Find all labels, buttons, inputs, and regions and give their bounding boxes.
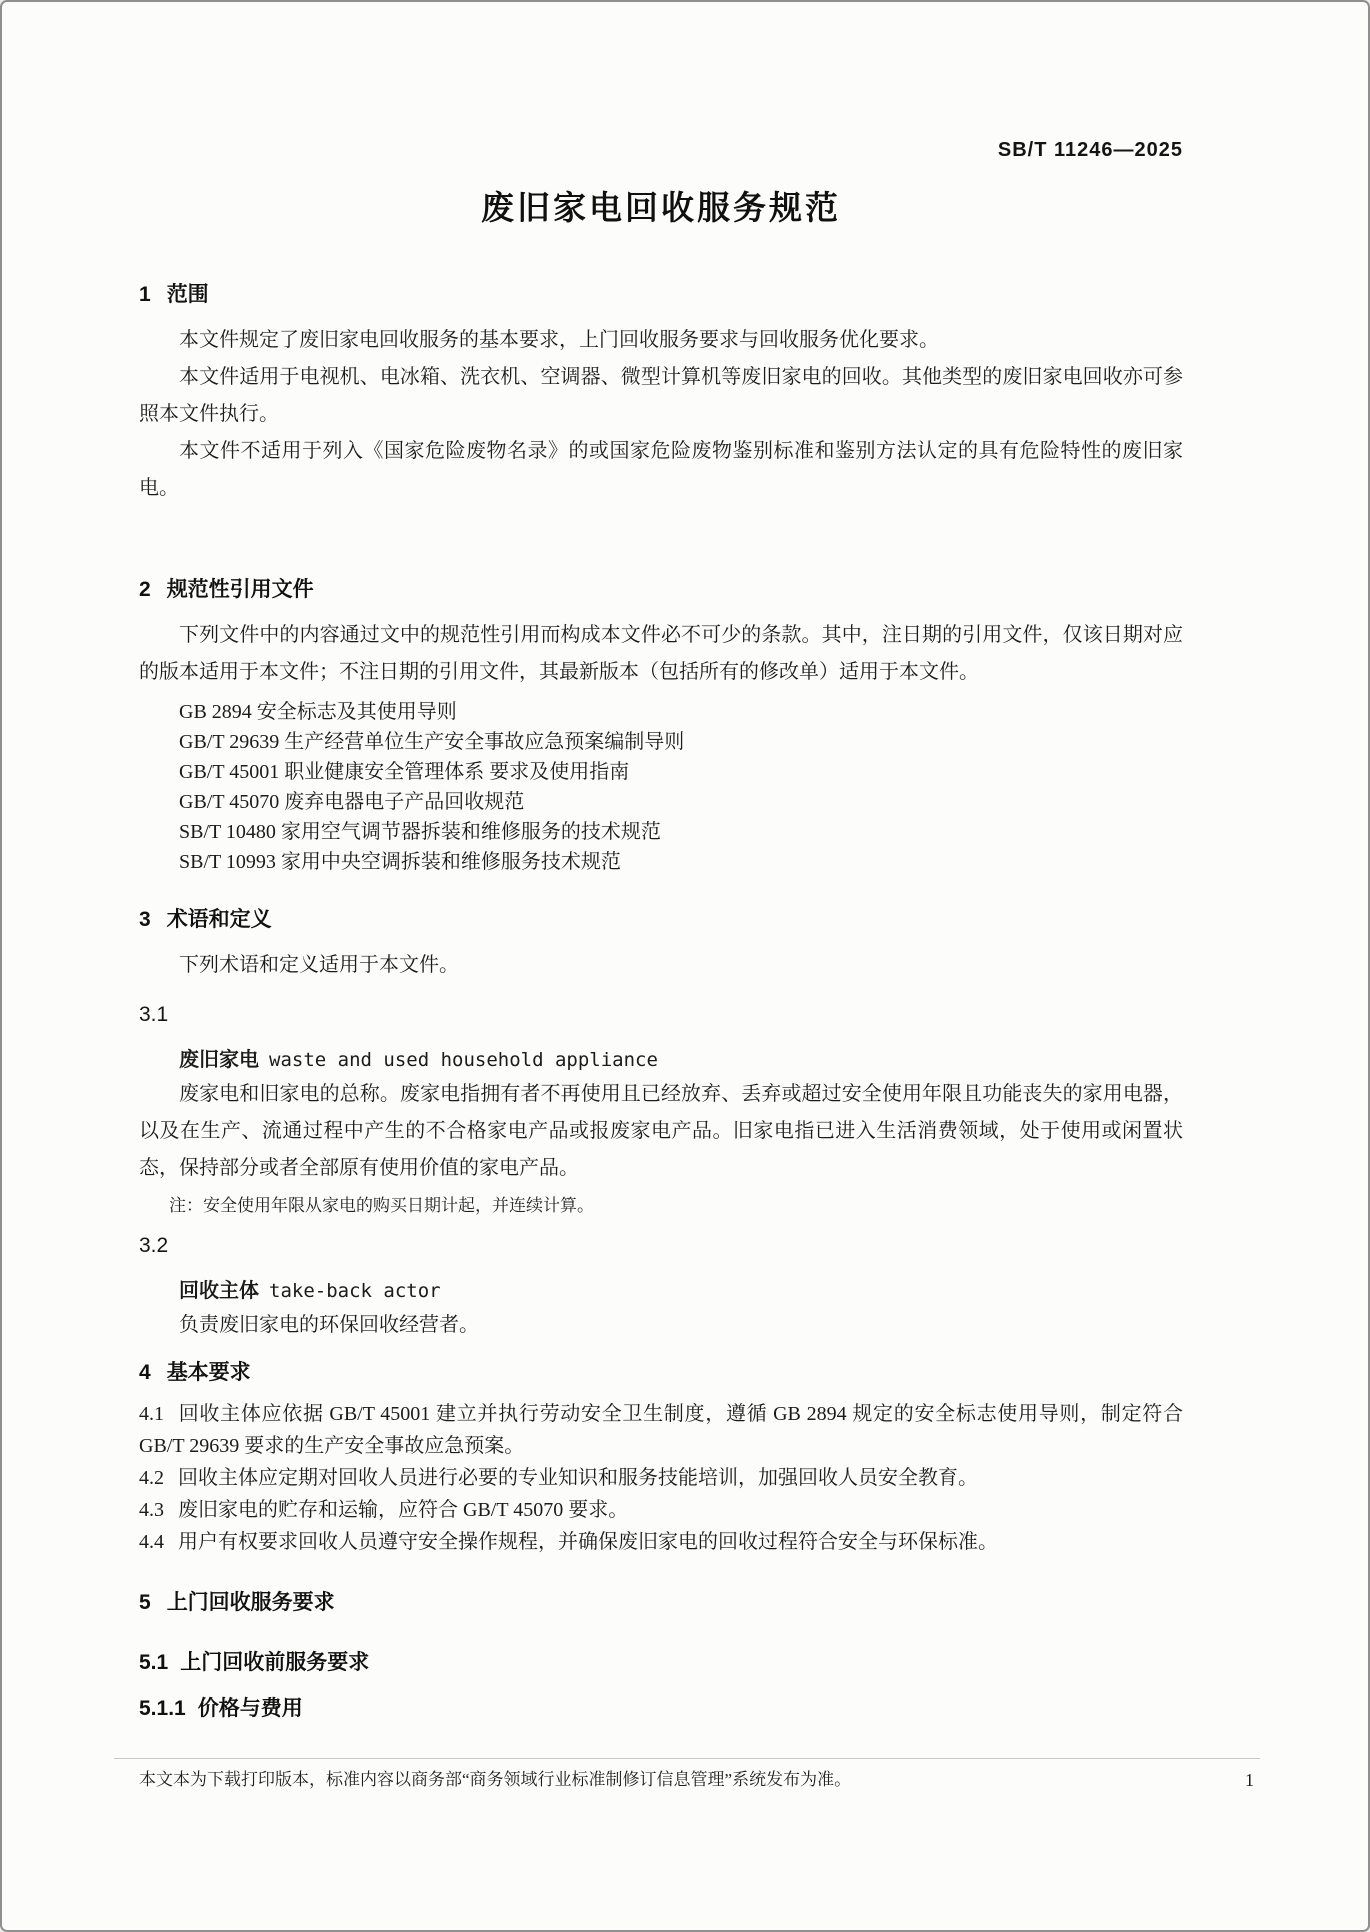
document-title: 废旧家电回收服务规范	[139, 186, 1183, 230]
section-3-title: 术语和定义	[167, 908, 272, 931]
requirement-item: 4.3废旧家电的贮存和运输，应符合 GB/T 45070 要求。	[139, 1494, 1183, 1526]
references-intro: 下列文件中的内容通过文中的规范性引用而构成本文件必不可少的条款。其中，注日期的引…	[139, 617, 1183, 691]
term-entry-title: 回收主体take-back actor	[179, 1275, 1183, 1307]
page-number: 1	[1245, 1768, 1260, 1792]
term-entry-number: 3.2	[139, 1231, 1183, 1261]
term-entry: 3.1 废旧家电waste and used household applian…	[139, 1000, 1183, 1221]
requirement-text: 用户有权要求回收人员遵守安全操作规程，并确保废旧家电的回收过程符合安全与环保标准…	[178, 1531, 998, 1553]
reference-item: SB/T 10480 家用空气调节器拆装和维修服务的技术规范	[179, 817, 1183, 847]
section-2-number: 2	[139, 578, 151, 601]
requirement-text: 回收主体应定期对回收人员进行必要的专业知识和服务技能培训，加强回收人员安全教育。	[178, 1467, 978, 1489]
section-5-1-title: 上门回收前服务要求	[180, 1651, 369, 1674]
section-5-1-heading: 5.1上门回收前服务要求	[139, 1648, 1183, 1678]
term-definition: 负责废旧家电的环保回收经营者。	[139, 1307, 1183, 1344]
requirement-number: 4.2	[139, 1467, 164, 1489]
requirement-item: 4.2回收主体应定期对回收人员进行必要的专业知识和服务技能培训，加强回收人员安全…	[139, 1462, 1183, 1494]
section-5-1-1-title: 价格与费用	[198, 1697, 303, 1720]
requirement-text: 回收主体应依据 GB/T 45001 建立并执行劳动安全卫生制度，遵循 GB 2…	[139, 1403, 1183, 1457]
requirement-number: 4.4	[139, 1531, 164, 1553]
section-3-heading: 3术语和定义	[139, 905, 1183, 935]
section-5-1-1-heading: 5.1.1价格与费用	[139, 1694, 1183, 1724]
standard-number: SB/T 11246—2025	[139, 138, 1183, 162]
section-5-title: 上门回收服务要求	[167, 1591, 335, 1614]
reference-item: SB/T 10993 家用中央空调拆装和维修服务技术规范	[179, 847, 1183, 877]
page-footer: 本文本为下载打印版本，标准内容以商务部“商务领域行业标准制修订信息管理”系统发布…	[114, 1758, 1260, 1792]
section-5-heading: 5上门回收服务要求	[139, 1588, 1183, 1618]
requirement-item: 4.1回收主体应依据 GB/T 45001 建立并执行劳动安全卫生制度，遵循 G…	[139, 1398, 1183, 1462]
requirements-list: 4.1回收主体应依据 GB/T 45001 建立并执行劳动安全卫生制度，遵循 G…	[139, 1398, 1183, 1558]
reference-item: GB/T 45001 职业健康安全管理体系 要求及使用指南	[179, 757, 1183, 787]
section-1-heading: 1范围	[139, 280, 1183, 310]
footer-note: 本文本为下载打印版本，标准内容以商务部“商务领域行业标准制修订信息管理”系统发布…	[114, 1768, 851, 1792]
section-5-1-number: 5.1	[139, 1651, 168, 1674]
section-2-heading: 2规范性引用文件	[139, 575, 1183, 605]
section-4-title: 基本要求	[167, 1361, 251, 1384]
section-4-number: 4	[139, 1361, 151, 1384]
section-4-heading: 4基本要求	[139, 1358, 1183, 1388]
term-chinese: 废旧家电	[179, 1049, 259, 1071]
scope-paragraph-2: 本文件适用于电视机、电冰箱、洗衣机、空调器、微型计算机等废旧家电的回收。其他类型…	[139, 359, 1183, 433]
section-5-number: 5	[139, 1591, 151, 1614]
requirement-item: 4.4用户有权要求回收人员遵守安全操作规程，并确保废旧家电的回收过程符合安全与环…	[139, 1526, 1183, 1558]
section-1-title: 范围	[167, 283, 209, 306]
reference-item: GB 2894 安全标志及其使用导则	[179, 697, 1183, 727]
page-content: SB/T 11246—2025 废旧家电回收服务规范 1范围 本文件规定了废旧家…	[2, 2, 1368, 1724]
term-entry: 3.2 回收主体take-back actor 负责废旧家电的环保回收经营者。	[139, 1231, 1183, 1344]
reference-item: GB/T 29639 生产经营单位生产安全事故应急预案编制导则	[179, 727, 1183, 757]
section-3-number: 3	[139, 908, 151, 931]
term-note: 注：安全使用年限从家电的购买日期计起，并连续计算。	[169, 1191, 1183, 1221]
section-5-1-1-number: 5.1.1	[139, 1697, 186, 1720]
requirement-text: 废旧家电的贮存和运输，应符合 GB/T 45070 要求。	[178, 1499, 628, 1521]
term-entry-title: 废旧家电waste and used household appliance	[179, 1044, 1183, 1076]
references-list: GB 2894 安全标志及其使用导则 GB/T 29639 生产经营单位生产安全…	[139, 697, 1183, 877]
reference-item: GB/T 45070 废弃电器电子产品回收规范	[179, 787, 1183, 817]
term-entry-number: 3.1	[139, 1000, 1183, 1030]
section-2-title: 规范性引用文件	[167, 578, 314, 601]
scope-paragraph-1: 本文件规定了废旧家电回收服务的基本要求，上门回收服务要求与回收服务优化要求。	[139, 322, 1183, 359]
requirement-number: 4.1	[139, 1403, 164, 1425]
term-english: take-back actor	[269, 1280, 441, 1302]
term-english: waste and used household appliance	[269, 1049, 658, 1071]
requirement-number: 4.3	[139, 1499, 164, 1521]
section-1-number: 1	[139, 283, 151, 306]
scope-paragraph-3: 本文件不适用于列入《国家危险废物名录》的或国家危险废物鉴别标准和鉴别方法认定的具…	[139, 433, 1183, 507]
terms-intro: 下列术语和定义适用于本文件。	[139, 947, 1183, 984]
document-page: SB/T 11246—2025 废旧家电回收服务规范 1范围 本文件规定了废旧家…	[0, 0, 1370, 1932]
term-definition: 废家电和旧家电的总称。废家电指拥有者不再使用且已经放弃、丢弃或超过安全使用年限且…	[139, 1076, 1183, 1187]
term-chinese: 回收主体	[179, 1280, 259, 1302]
